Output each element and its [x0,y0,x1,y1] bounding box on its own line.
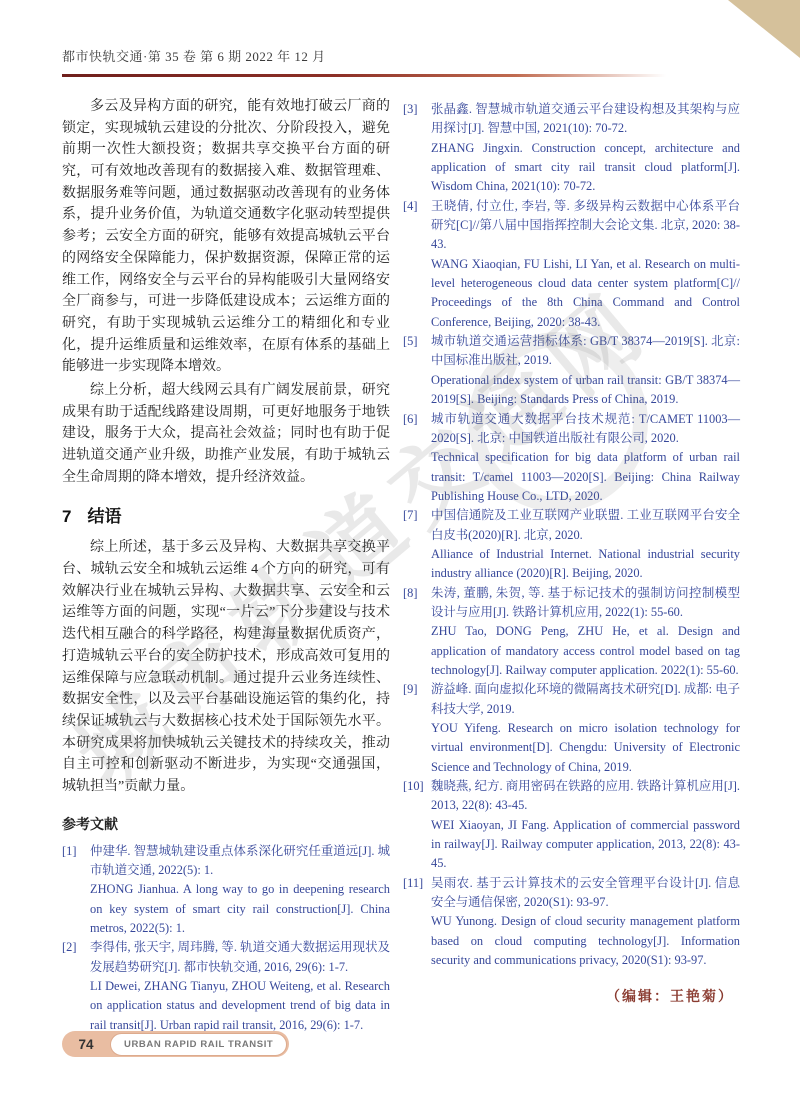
reference-text-en: ZHONG Jianhua. A long way to go in deepe… [90,880,390,938]
reference-text-zh: 城市轨道交通大数据平台技术规范: T/CAMET 11003—2020[S]. … [431,410,740,449]
reference-text-en: Technical specification for big data pla… [431,448,740,506]
reference-text-en: WU Yunong. Design of cloud security mana… [431,912,740,970]
reference-text-zh: 仲建华. 智慧城轨建设重点体系深化研究任重道远[J]. 城市轨道交通, 2022… [90,842,390,881]
reference-number: [11] [403,874,423,893]
reference-text-en: YOU Yifeng. Research on micro isolation … [431,719,740,777]
journal-page: 都市快轨交通·第 35 卷 第 6 期 2022 年 12 月 城市轨道交通网 … [0,0,800,1095]
reference-text-en: WANG Xiaoqian, FU Lishi, LI Yan, et al. … [431,255,740,332]
reference-text-zh: 魏晓燕, 纪方. 商用密码在铁路的应用. 铁路计算机应用[J]. 2013, 2… [431,777,740,816]
reference-number: [1] [62,842,76,861]
reference-number: [8] [403,584,417,603]
conclusion-paragraph: 综上所述，基于多云及异构、大数据共享交换平台、城轨云安全和城轨云运维 4 个方向… [62,537,390,797]
right-column: [3]张晶鑫. 智慧城市轨道交通云平台建设构想及其架构与应用探讨[J]. 智慧中… [403,100,740,1006]
reference-text-en: WEI Xiaoyan, JI Fang. Application of com… [431,816,740,874]
journal-name-english: URBAN RAPID RAIL TRANSIT [110,1033,287,1056]
reference-text-zh: 吴雨农. 基于云计算技术的云安全管理平台设计[J]. 信息安全与通信保密, 20… [431,874,740,913]
reference-text-zh: 王晓倩, 付立仕, 李岩, 等. 多级异构云数据中心体系平台研究[C]//第八届… [431,197,740,255]
footer-badge: 74 URBAN RAPID RAIL TRANSIT [62,1031,289,1057]
section-heading-conclusion: 7结语 [62,502,390,527]
reference-text-en: ZHANG Jingxin. Construction concept, arc… [431,139,740,197]
reference-number: [4] [403,197,417,216]
reference-item: [10]魏晓燕, 纪方. 商用密码在铁路的应用. 铁路计算机应用[J]. 201… [403,777,740,874]
reference-text-zh: 张晶鑫. 智慧城市轨道交通云平台建设构想及其架构与应用探讨[J]. 智慧中国, … [431,100,740,139]
reference-item: [7]中国信通院及工业互联网产业联盟. 工业互联网平台安全白皮书(2020)[R… [403,506,740,583]
body-paragraph: 综上分析，超大线网云具有广阔发展前景，研究成果有助于适配线路建设周期，可更好地服… [62,380,390,488]
editor-note: （编辑：王艳菊） [403,986,740,1006]
reference-item: [3]张晶鑫. 智慧城市轨道交通云平台建设构想及其架构与应用探讨[J]. 智慧中… [403,100,740,197]
reference-item: [2]李得伟, 张天宇, 周玮腾, 等. 轨道交通大数据运用现状及发展趋势研究[… [62,938,390,1035]
reference-text-en: LI Dewei, ZHANG Tianyu, ZHOU Weiteng, et… [90,977,390,1035]
reference-item: [4]王晓倩, 付立仕, 李岩, 等. 多级异构云数据中心体系平台研究[C]//… [403,197,740,332]
header-rule [62,74,666,77]
reference-text-zh: 李得伟, 张天宇, 周玮腾, 等. 轨道交通大数据运用现状及发展趋势研究[J].… [90,938,390,977]
reference-item: [5]城市轨道交通运营指标体系: GB/T 38374—2019[S]. 北京:… [403,332,740,409]
reference-text-en: ZHU Tao, DONG Peng, ZHU He, et al. Desig… [431,622,740,680]
reference-number: [6] [403,410,417,429]
reference-text-en: Alliance of Industrial Internet. Nationa… [431,545,740,584]
references-heading: 参考文献 [62,814,390,834]
reference-text-zh: 城市轨道交通运营指标体系: GB/T 38374—2019[S]. 北京: 中国… [431,332,740,371]
section-title: 结语 [87,507,121,526]
reference-text-en: Operational index system of urban rail t… [431,371,740,410]
reference-item: [6]城市轨道交通大数据平台技术规范: T/CAMET 11003—2020[S… [403,410,740,507]
reference-item: [1]仲建华. 智慧城轨建设重点体系深化研究任重道远[J]. 城市轨道交通, 2… [62,842,390,939]
reference-number: [2] [62,938,76,957]
reference-number: [9] [403,680,417,699]
reference-number: [3] [403,100,417,119]
reference-number: [10] [403,777,424,796]
page-number: 74 [62,1037,110,1052]
reference-text-zh: 朱涛, 董鹏, 朱贺, 等. 基于标记技术的强制访问控制模型设计与应用[J]. … [431,584,740,623]
reference-number: [5] [403,332,417,351]
references-list-right: [3]张晶鑫. 智慧城市轨道交通云平台建设构想及其架构与应用探讨[J]. 智慧中… [403,100,740,970]
reference-item: [11]吴雨农. 基于云计算技术的云安全管理平台设计[J]. 信息安全与通信保密… [403,874,740,971]
reference-number: [7] [403,506,417,525]
reference-text-zh: 中国信通院及工业互联网产业联盟. 工业互联网平台安全白皮书(2020)[R]. … [431,506,740,545]
journal-header: 都市快轨交通·第 35 卷 第 6 期 2022 年 12 月 [62,46,742,65]
reference-text-zh: 游益峰. 面向虚拟化环境的微隔离技术研究[D]. 成都: 电子科技大学, 201… [431,680,740,719]
left-column: 多云及异构方面的研究，能有效地打破云厂商的锁定，实现城轨云建设的分批次、分阶段投… [62,96,390,1035]
reference-item: [9]游益峰. 面向虚拟化环境的微隔离技术研究[D]. 成都: 电子科技大学, … [403,680,740,777]
reference-item: [8]朱涛, 董鹏, 朱贺, 等. 基于标记技术的强制访问控制模型设计与应用[J… [403,584,740,681]
references-list-left: [1]仲建华. 智慧城轨建设重点体系深化研究任重道远[J]. 城市轨道交通, 2… [62,842,390,1035]
body-paragraph: 多云及异构方面的研究，能有效地打破云厂商的锁定，实现城轨云建设的分批次、分阶段投… [62,96,390,378]
section-number: 7 [62,507,71,526]
